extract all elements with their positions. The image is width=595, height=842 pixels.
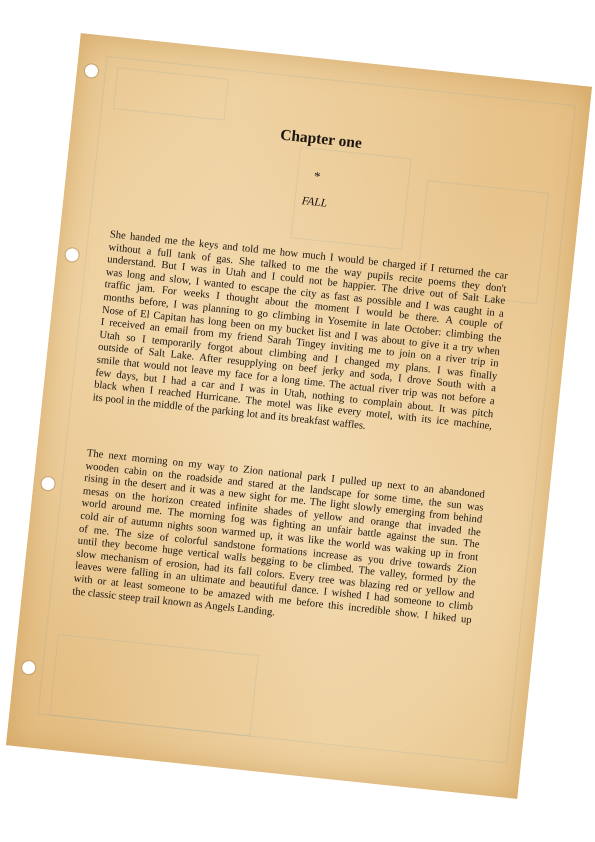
punch-hole	[65, 248, 79, 262]
punch-hole	[41, 476, 55, 490]
punch-hole	[22, 660, 36, 674]
punch-hole	[84, 64, 98, 78]
paper-sheet: Chapter one * FALL She handed me the key…	[6, 33, 592, 799]
